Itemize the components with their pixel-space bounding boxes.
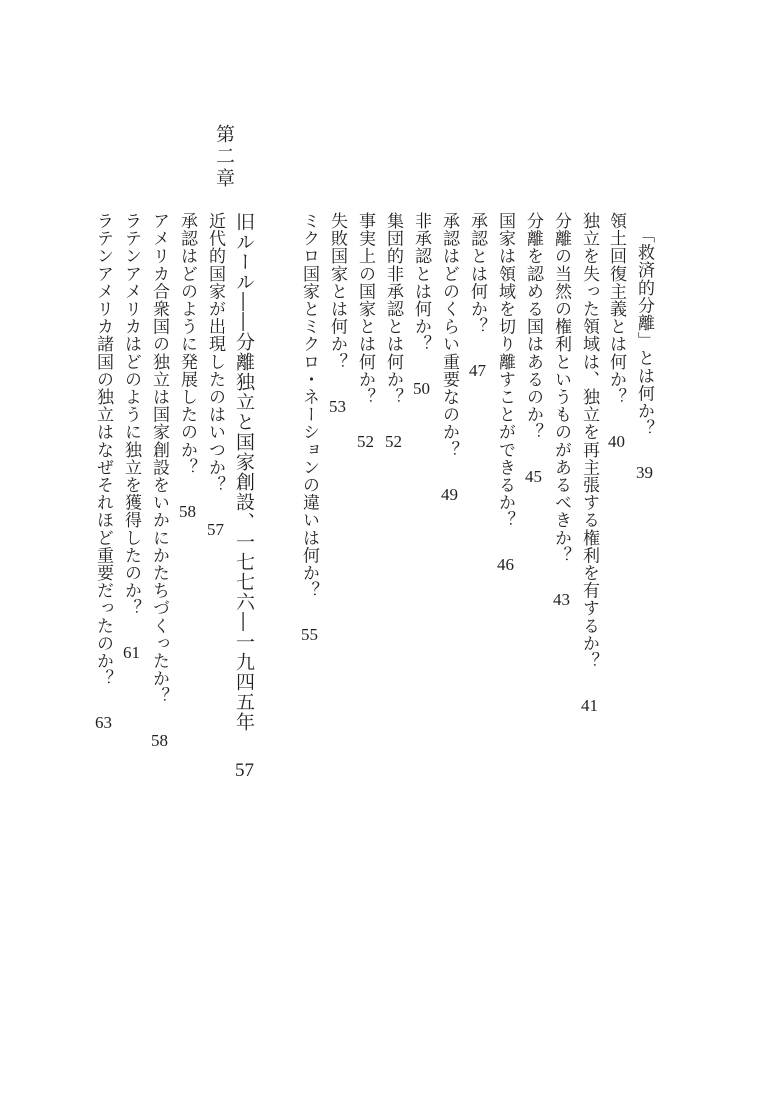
- toc-entry-page: 58: [175, 503, 199, 520]
- toc-entry-page: 61: [119, 644, 143, 661]
- toc-entry-page: 49: [437, 486, 461, 503]
- toc-entry-title: 集団的非承認とは何か？: [383, 212, 403, 406]
- toc-entry: ラテンアメリカ諸国の独立はなぜそれほど重要だったのか？63: [91, 212, 115, 731]
- toc-entry-page: 39: [632, 464, 656, 481]
- toc-entry: 領土回復主義とは何か？40: [604, 212, 628, 450]
- toc-entry: 失敗国家とは何か？53: [325, 212, 349, 415]
- toc-entry-title: 失敗国家とは何か？: [327, 212, 347, 370]
- toc-entry-title: 承認はどのくらい重要なのか？: [439, 212, 459, 458]
- toc-entry-page: 45: [521, 468, 545, 485]
- toc-entry-page: 58: [147, 732, 171, 749]
- toc-entry-title: 事実上の国家とは何か？: [355, 212, 375, 406]
- toc-entry: 近代的国家が出現したのはいつか？57: [203, 212, 227, 538]
- chapter-page: 57: [232, 761, 256, 780]
- toc-entry-title: ラテンアメリカ諸国の独立はなぜそれほど重要だったのか？: [93, 212, 113, 687]
- toc-entry-title: ラテンアメリカはどのように独立を獲得したのか？: [121, 212, 141, 617]
- toc-entry-title: アメリカ合衆国の独立は国家創設をいかにかたちづくったか？: [149, 212, 169, 705]
- chapter-label: 第二章: [212, 124, 236, 190]
- toc-entry-page: 46: [493, 556, 517, 573]
- toc-entry: アメリカ合衆国の独立は国家創設をいかにかたちづくったか？58: [147, 212, 171, 749]
- toc-entry-page: 47: [465, 362, 489, 379]
- toc-entry: 承認とは何か？47: [465, 212, 489, 379]
- toc-entry: 独立を失った領域は、独立を再主張する権利を有するか？41: [577, 212, 601, 714]
- toc-entry-page: 52: [381, 433, 405, 450]
- toc-entry-page: 52: [353, 433, 377, 450]
- toc-entry-title: 承認とは何か？: [467, 212, 487, 335]
- toc-entry-title: 非承認とは何か？: [411, 212, 431, 353]
- toc-entry: 分離を認める国はあるのか？45: [521, 212, 545, 485]
- toc-entry: ラテンアメリカはどのように独立を獲得したのか？61: [119, 212, 143, 661]
- toc-entry: 国家は領域を切り離すことができるか？46: [493, 212, 517, 573]
- chapter-heading: 旧ルール――分離独立と国家創設、一七七六―一九四五年57: [232, 212, 256, 780]
- toc-entry-page: 53: [325, 398, 349, 415]
- toc-entry-title: 「救済的分離」とは何か？: [634, 226, 654, 437]
- toc-entry-title: 国家は領域を切り離すことができるか？: [495, 212, 515, 529]
- toc-entry-page: 40: [604, 433, 628, 450]
- toc-entry: 集団的非承認とは何か？52: [381, 212, 405, 450]
- toc-entry-page: 41: [577, 697, 601, 714]
- toc-entry: 承認はどのように発展したのか？58: [175, 212, 199, 520]
- toc-entry-title: ミクロ国家とミクロ・ネーションの違いは何か？: [299, 212, 319, 599]
- toc-entry-page: 43: [549, 591, 573, 608]
- toc-entry: 事実上の国家とは何か？52: [353, 212, 377, 450]
- toc-entry: ミクロ国家とミクロ・ネーションの違いは何か？55: [297, 212, 321, 643]
- toc-entry: 分離の当然の権利というものがあるべきか？43: [549, 212, 573, 608]
- toc-entry: 承認はどのくらい重要なのか？49: [437, 212, 461, 503]
- toc-entry-title: 承認はどのように発展したのか？: [177, 212, 197, 476]
- toc-entry-title: 近代的国家が出現したのはいつか？: [205, 212, 225, 494]
- toc-entry-title: 分離を認める国はあるのか？: [523, 212, 543, 441]
- toc-entry-title: 分離の当然の権利というものがあるべきか？: [551, 212, 571, 564]
- toc-entry-title: 領土回復主義とは何か？: [606, 212, 626, 406]
- toc-entry-title: 独立を失った領域は、独立を再主張する権利を有するか？: [579, 212, 599, 670]
- toc-entry: 非承認とは何か？50: [409, 212, 433, 397]
- toc-page: 「救済的分離」とは何か？39 領土回復主義とは何か？40 独立を失った領域は、独…: [0, 0, 761, 1100]
- toc-entry-page: 63: [91, 714, 115, 731]
- toc-entry: 「救済的分離」とは何か？39: [632, 226, 656, 481]
- toc-entry-page: 57: [203, 521, 227, 538]
- toc-entry-page: 55: [297, 626, 321, 643]
- chapter-title: 旧ルール――分離独立と国家創設、一七七六―一九四五年: [233, 212, 255, 732]
- toc-entry-page: 50: [409, 380, 433, 397]
